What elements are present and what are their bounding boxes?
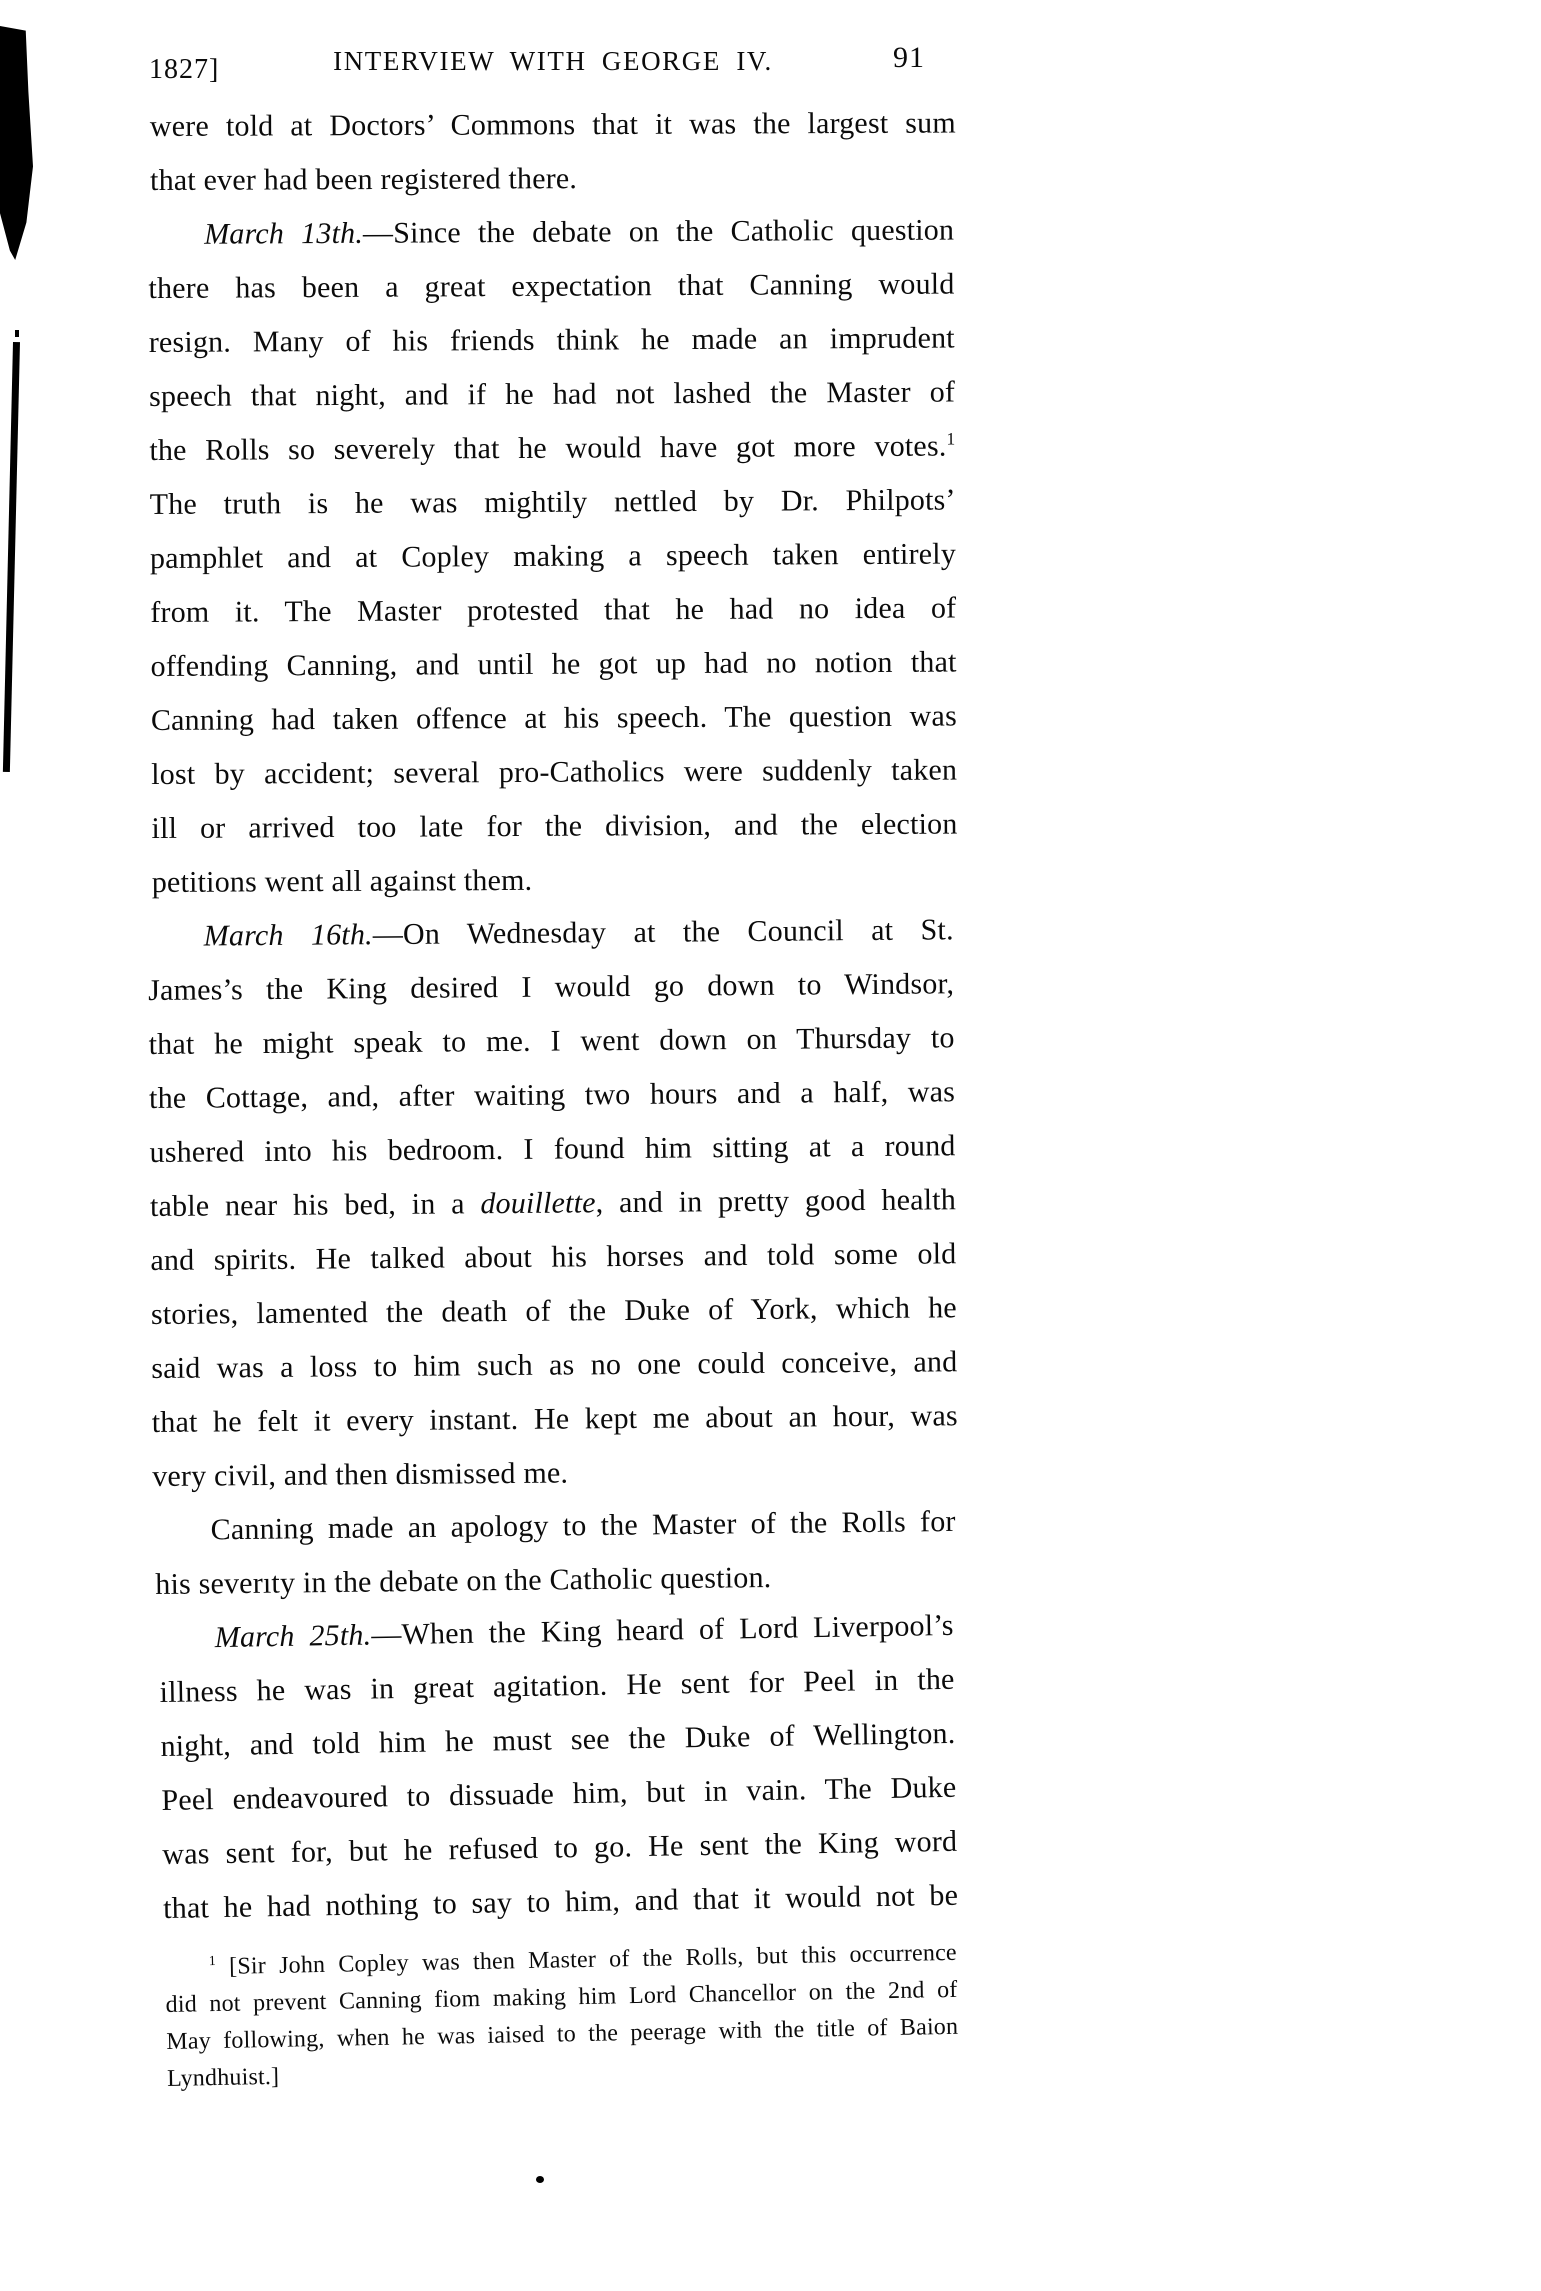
text-run: —When the King heard of Lord Liverpool’s	[371, 1609, 954, 1652]
text-line: were told at Doctors’ Commons that it wa…	[150, 96, 956, 154]
text-line: ushered into his bedroom. I found him si…	[149, 1119, 955, 1180]
text-line: and spirits. He talked about his horses …	[150, 1227, 956, 1288]
header-page-number: 91	[893, 41, 925, 75]
text-run: table near his bed, in a	[150, 1187, 481, 1223]
paragraph-march-25: March 25th.—When the King heard of Lord …	[158, 1599, 958, 1936]
text-run: , and in pretty good health	[596, 1183, 957, 1219]
text-line: petitions went all against them.	[152, 851, 958, 910]
scanned-book-page: 1827] INTERVIEW WITH GEORGE IV. 91 were …	[0, 0, 1541, 2291]
text-line: Canning made an apology to the Master of…	[154, 1495, 956, 1558]
text-line: the Rolls so severely that he would have…	[149, 420, 955, 479]
scan-streak-dot-artifact	[15, 330, 19, 337]
footnote-reference-mark: 1	[946, 429, 955, 449]
paragraph-march-16: March 16th.—On Wednesday at the Council …	[148, 903, 959, 1504]
text-run: —Since the debate on the Catholic questi…	[363, 214, 954, 250]
text-line: that ever had been registered there.	[150, 150, 956, 208]
text-line: that he felt it every instant. He kept m…	[152, 1389, 958, 1450]
text-line: said was a loss to him such as no one co…	[151, 1335, 957, 1396]
text-run: —On Wednesday at the Council at St.	[373, 913, 954, 951]
header-running-title: INTERVIEW WITH GEORGE IV.	[150, 46, 956, 77]
text-line: pamphlet and at Copley making a speech t…	[150, 527, 956, 586]
date-lead-italic: March 25th.	[214, 1618, 371, 1654]
text-column: were told at Doctors’ Commons that it wa…	[150, 100, 956, 2098]
text-line: that he might speak to me. I went down o…	[148, 1011, 954, 1072]
date-lead-italic: March 13th.	[204, 217, 363, 251]
text-line: offending Canning, and until he got up h…	[150, 635, 956, 694]
text-line: resign. Many of his friends think he mad…	[149, 312, 955, 371]
text-line: March 13th.—Since the debate on the Cath…	[148, 204, 954, 263]
paragraph-continuation: were told at Doctors’ Commons that it wa…	[150, 96, 956, 208]
text-line: speech that night, and if he had not las…	[149, 366, 955, 425]
text-line: James’s the King desired I would go down…	[148, 957, 954, 1018]
text-line: ill or arrived too late for the division…	[151, 797, 957, 856]
scan-ink-dot-artifact	[536, 2176, 544, 2183]
text-line: March 16th.—On Wednesday at the Council …	[148, 903, 954, 964]
scan-blotch-artifact	[0, 26, 33, 260]
text-line: lost by accident; several pro-Catholics …	[151, 743, 957, 802]
text-line: stories, lamented the death of the Duke …	[151, 1281, 957, 1342]
text-line: the Cottage, and, after waiting two hour…	[149, 1065, 955, 1126]
date-lead-italic: March 16th.	[204, 918, 373, 952]
text-line: table near his bed, in a douillette, and…	[150, 1173, 956, 1234]
paragraph-canning-apology: Canning made an apology to the Master of…	[154, 1495, 956, 1612]
footnote: 1 [Sir John Copley was then Master of th…	[165, 1935, 960, 2098]
text-line: The truth is he was mightily nettled by …	[150, 473, 956, 532]
text-line: very civil, and then dismissed me.	[152, 1443, 958, 1504]
scan-streak-artifact	[3, 342, 20, 772]
text-line: there has been a great expectation that …	[148, 258, 954, 317]
text-line: Canning had taken offence at his speech.…	[151, 689, 957, 748]
text-run: the Rolls so severely that he would have…	[149, 430, 946, 467]
french-word-italic: douillette	[480, 1186, 596, 1220]
paragraph-march-13: March 13th.—Since the debate on the Cath…	[148, 204, 958, 910]
text-line: from it. The Master protested that he ha…	[150, 581, 956, 640]
